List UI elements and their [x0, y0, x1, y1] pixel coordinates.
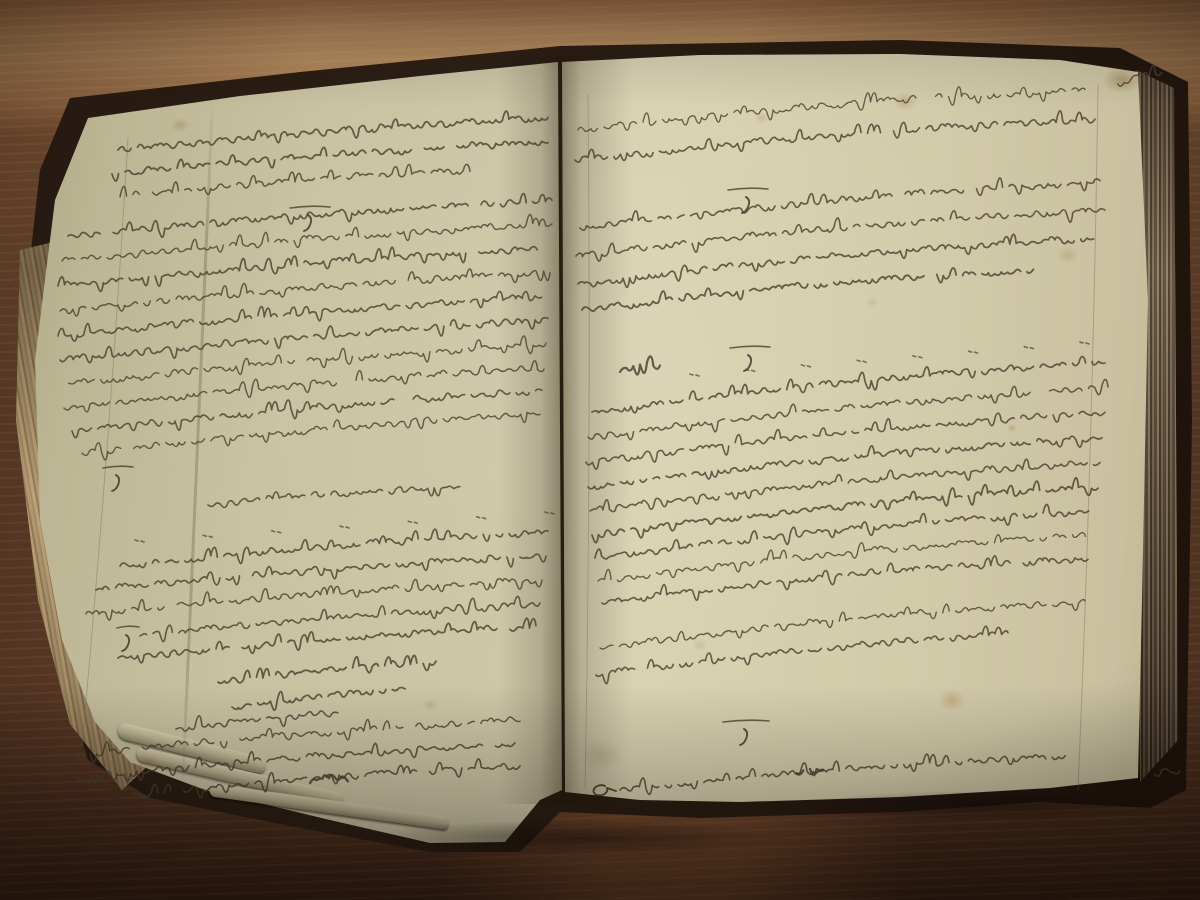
manuscript-photo-scene: Photograph of an antique handwritten man…	[0, 0, 1200, 900]
handwriting-ink	[0, 0, 1200, 900]
